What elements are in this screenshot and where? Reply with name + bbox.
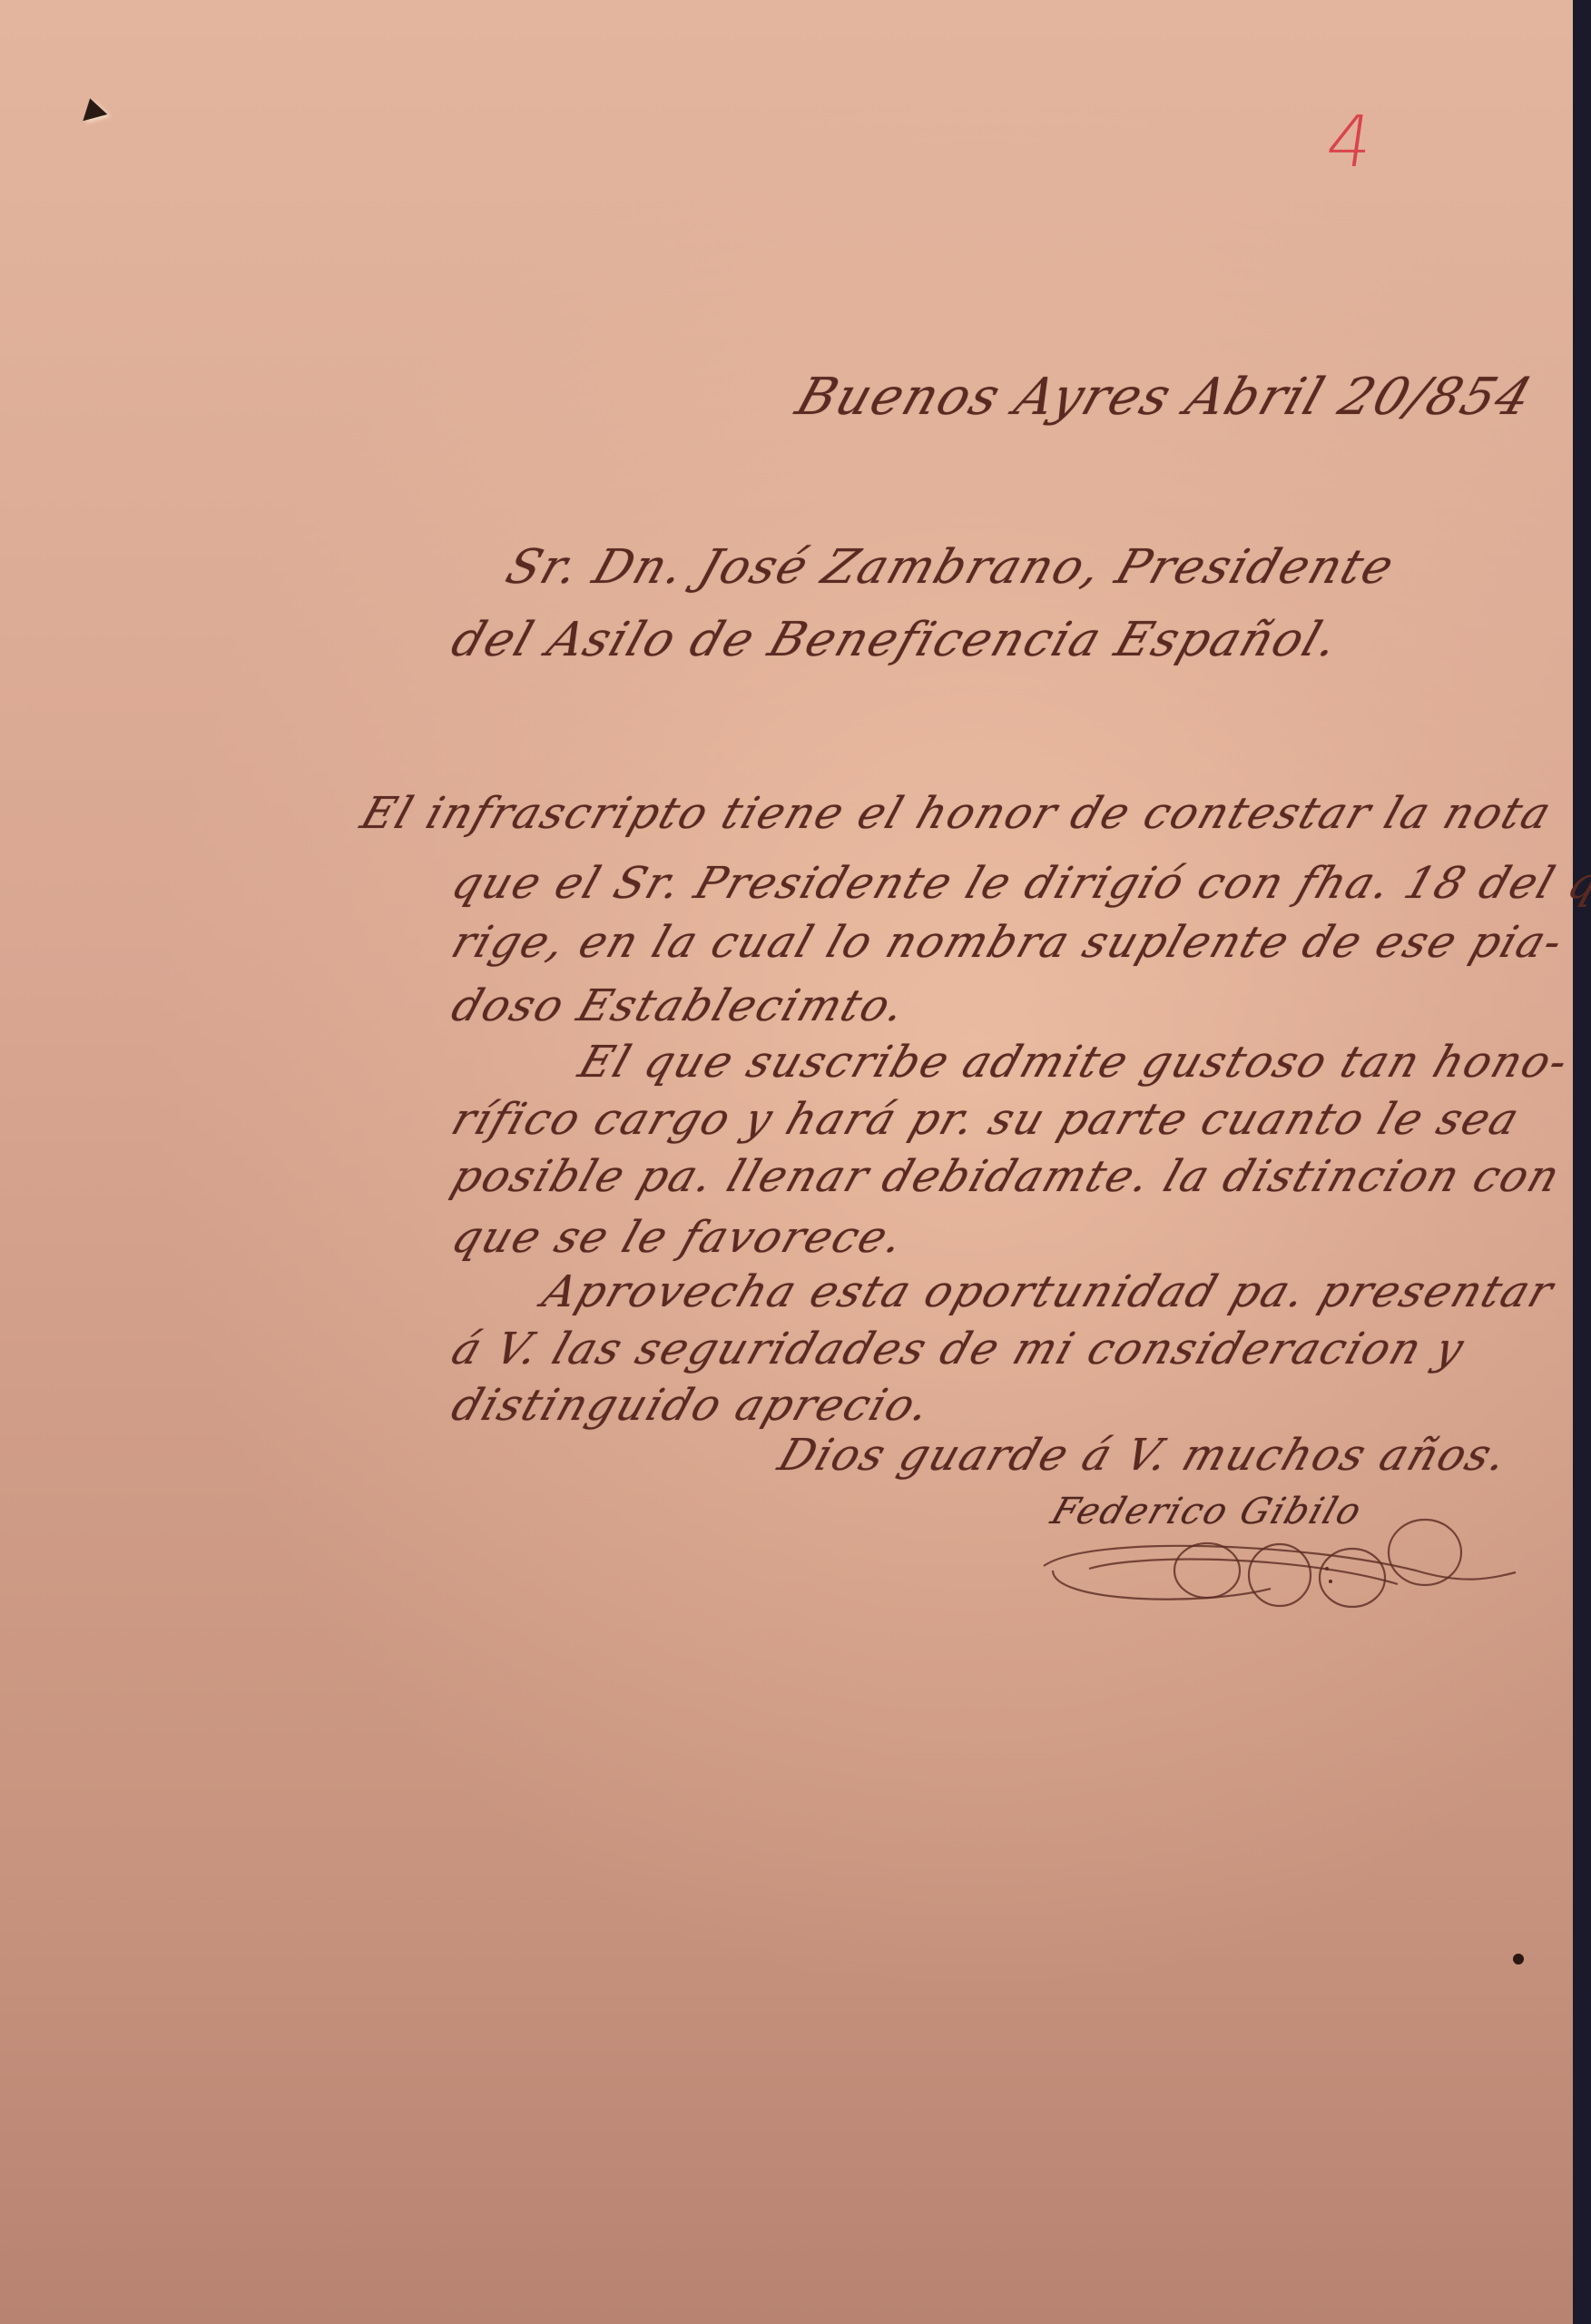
- body-line: doso Establecimto.: [446, 980, 913, 1031]
- body-line: El infrascripto tiene el honor de contes…: [355, 788, 1558, 839]
- folio-number: 4: [1322, 107, 1378, 178]
- body-line: rífico cargo y hará pr. su parte cuanto …: [446, 1094, 1527, 1145]
- body-line: posible pa. llenar debidamte. la distinc…: [446, 1151, 1567, 1202]
- body-line: distinguido aprecio.: [446, 1380, 938, 1431]
- closing-line: Dios guarde á V. muchos años.: [772, 1430, 1515, 1481]
- body-line: que se le favorece.: [446, 1212, 911, 1263]
- background-edge: [1573, 1997, 1591, 2324]
- date-line: Buenos Ayres Abril 20/854: [789, 368, 1540, 427]
- body-line: Aprovecha esta oportunidad pa. presentar: [536, 1266, 1561, 1317]
- body-line: que el Sr. Presidente le dirigió con fha…: [446, 858, 1591, 909]
- ink-spot: [1513, 1954, 1524, 1965]
- punch-hole: [78, 95, 108, 121]
- body-line: rige, en la cual lo nombra suplente de e…: [446, 917, 1570, 968]
- signature-flourish-icon: [1035, 1516, 1525, 1616]
- addressee-line-1: Sr. Dn. José Zambrano, Presidente: [499, 540, 1401, 595]
- letter-page: 4 Buenos Ayres Abril 20/854 Sr. Dn. José…: [0, 0, 1573, 2324]
- body-line: á V. las seguridades de mi consideracion…: [446, 1324, 1471, 1374]
- body-line: El que suscribe admite gustoso tan hono-: [573, 1037, 1576, 1088]
- addressee-line-2: del Asilo de Beneficencia Español.: [445, 613, 1346, 667]
